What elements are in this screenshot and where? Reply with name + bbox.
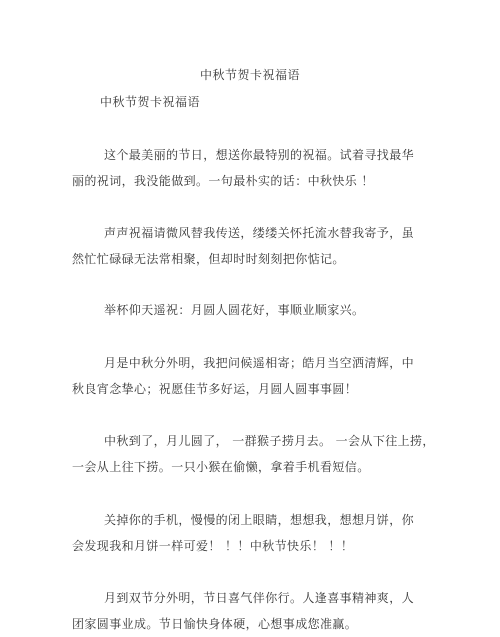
paragraph: 举杯仰天遥祝：月圆人圆花好，事顺业顺家兴。 [72, 297, 384, 323]
paragraph-line: 然忙忙碌碌无法常相聚，但却时时刻刻把你惦记。 [72, 246, 384, 272]
paragraph-line: 会发现我和月饼一样可爱！ ！！中秋节快乐！ ！！ [72, 533, 384, 559]
paragraph-line: 秋良宵念挚心；祝愿佳节多好运，月圆人圆事事圆！ [72, 376, 384, 402]
paragraph-line: 月到双节分外明，节日喜气伴你行。人逢喜事精神爽，人 [72, 585, 384, 611]
paragraph-line: 举杯仰天遥祝：月圆人圆花好，事顺业顺家兴。 [72, 297, 384, 323]
paragraph-line: 声声祝福请微风替我传送，缕缕关怀托流水替我寄予，虽 [72, 220, 384, 246]
paragraph-line: 中秋到了，月儿圆了， 一群猴子捞月去。 一会从下往上捞， [72, 428, 384, 454]
paragraph-line: 一会从上往下捞。一只小猴在偷懒，拿着手机看短信。 [72, 454, 384, 480]
document-subtitle: 中秋节贺卡祝福语 [100, 93, 200, 110]
document-page: 中秋节贺卡祝福语 中秋节贺卡祝福语 这个最美丽的节日，想送你最特别的祝福。试着寻… [0, 0, 500, 637]
paragraph: 中秋到了，月儿圆了， 一群猴子捞月去。 一会从下往上捞， 一会从上往下捞。一只小… [72, 428, 384, 480]
paragraph: 关掉你的手机，慢慢的闭上眼睛，想想我，想想月饼，你 会发现我和月饼一样可爱！ ！… [72, 507, 384, 559]
paragraph: 这个最美丽的节日，想送你最特别的祝福。试着寻找最华 丽的祝词，我没能做到。一句最… [72, 142, 384, 194]
paragraph: 月到双节分外明，节日喜气伴你行。人逢喜事精神爽，人 团家圆事业成。节日愉快身体硬… [72, 585, 384, 637]
paragraph-line: 这个最美丽的节日，想送你最特别的祝福。试着寻找最华 [72, 142, 384, 168]
paragraph-line: 月是中秋分外明，我把问候遥相寄；皓月当空洒清辉，中 [72, 350, 384, 376]
paragraph: 月是中秋分外明，我把问候遥相寄；皓月当空洒清辉，中 秋良宵念挚心；祝愿佳节多好运… [72, 350, 384, 402]
paragraph-line: 关掉你的手机，慢慢的闭上眼睛，想想我，想想月饼，你 [72, 507, 384, 533]
paragraph-line: 丽的祝词，我没能做到。一句最朴实的话：中秋快乐 ！ [72, 168, 384, 194]
paragraph: 声声祝福请微风替我传送，缕缕关怀托流水替我寄予，虽 然忙忙碌碌无法常相聚，但却时… [72, 220, 384, 272]
paragraph-line: 团家圆事业成。节日愉快身体硬，心想事成您准赢。 [72, 611, 384, 637]
document-title: 中秋节贺卡祝福语 [0, 66, 500, 83]
